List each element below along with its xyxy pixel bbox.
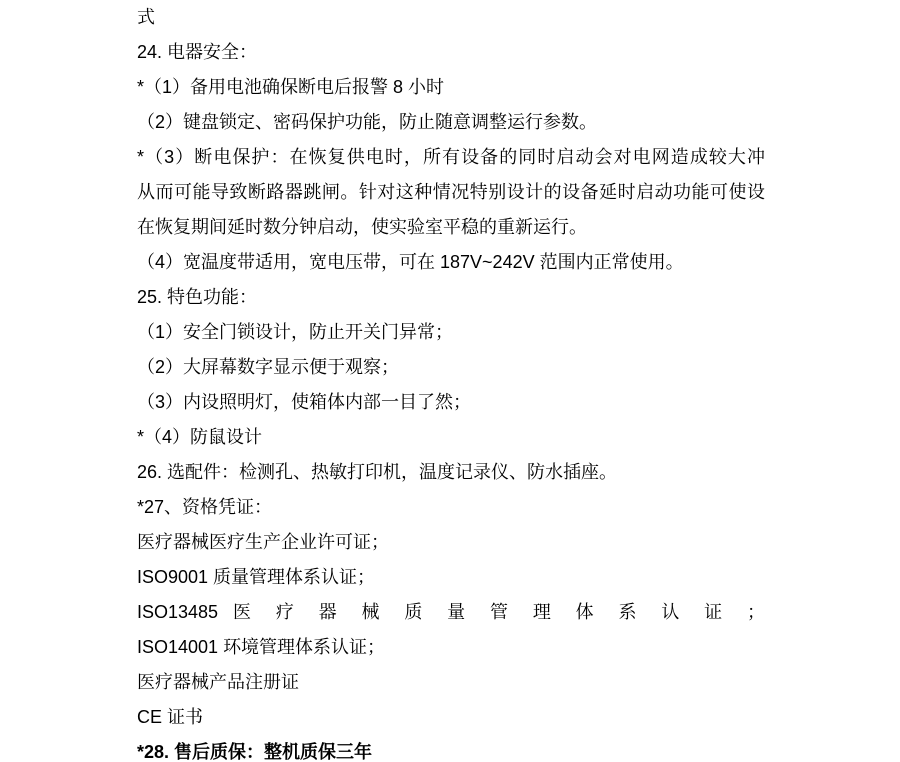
item-large-digital-display: （2）大屏幕数字显示便于观察； [137,350,765,385]
cert-iso13485: ISO13485 医 疗 器 械 质 量 管 理 体 系 认 证 ； [137,595,765,630]
item-rodent-proof-design: *（4）防鼠设计 [137,420,765,455]
item-interior-light: （3）内设照明灯，使箱体内部一目了然； [137,385,765,420]
item-keyboard-lock: （2）键盘锁定、密码保护功能，防止随意调整运行参数。 [137,105,765,140]
item-power-failure-protection-line2: 从而可能导致断路器跳闸。针对这种情况特别设计的设备延时启动功能可使设备 [137,175,765,210]
section-optional-accessories: 26. 选配件：检测孔、热敏打印机，温度记录仪、防水插座。 [137,455,765,490]
document-page: 式 24. 电器安全： *（1）备用电池确保断电后报警 8 小时 （2）键盘锁定… [0,0,900,762]
warranty-line: *28. 售后质保：整机质保三年 [137,735,765,762]
cert-product-registration: 医疗器械产品注册证 [137,665,765,700]
document-content: 式 24. 电器安全： *（1）备用电池确保断电后报警 8 小时 （2）键盘锁定… [137,0,765,762]
item-power-failure-protection-line3: 在恢复期间延时数分钟启动，使实验室平稳的重新运行。 [137,210,765,245]
cert-iso9001: ISO9001 质量管理体系认证； [137,560,765,595]
section-heading-electrical-safety: 24. 电器安全： [137,35,765,70]
item-power-failure-protection-line1: *（3）断电保护：在恢复供电时，所有设备的同时启动会对电网造成较大冲击， [137,140,765,175]
item-backup-battery: *（1）备用电池确保断电后报警 8 小时 [137,70,765,105]
cert-iso14001: ISO14001 环境管理体系认证； [137,630,765,665]
wrapped-text-line: 式 [137,0,765,35]
section-heading-qualifications: *27、资格凭证： [137,490,765,525]
item-wide-voltage-range: （4）宽温度带适用，宽电压带，可在 187V~242V 范围内正常使用。 [137,245,765,280]
cert-ce: CE 证书 [137,700,765,735]
section-heading-features: 25. 特色功能： [137,280,765,315]
item-safety-door-lock: （1）安全门锁设计，防止开关门异常； [137,315,765,350]
cert-medical-device-license: 医疗器械医疗生产企业许可证； [137,525,765,560]
